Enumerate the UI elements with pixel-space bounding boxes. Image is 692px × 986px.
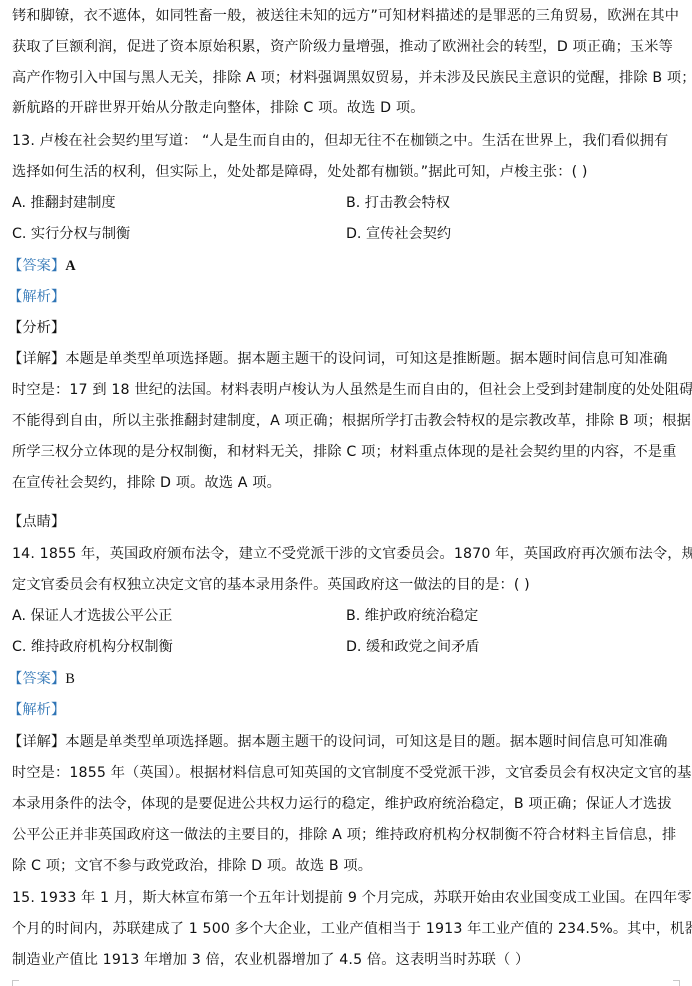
q14-detail-line-3: 本录用条件的法令，体现的是要促进公共权力运行的稳定，维护政府统治稳定，B 项正确… [12,794,672,814]
q14-option-a: A. 保证人才选拔公平公正 [12,606,172,626]
q13-detail-line-5: 在宣传社会契约，排除 D 项。故选 A 项。 [12,473,281,493]
q14-detail-line-1: 【详解】本题是单类型单项选择题。据本题主题干的设问词，可知这是目的题。据本题时间… [8,732,668,752]
q13-option-b: B. 打击教会特权 [346,193,450,213]
q13-detail-line-4: 所学三权分立体现的是分权制衡，和材料无关，排除 C 项；材料重点体现的是社会契约… [12,442,677,462]
q13-answer-label: 【答案】 [8,258,65,274]
q13-detail-line-3: 不能得到自由，所以主张推翻封建制度，A 项正确；根据所学打击教会特权的是宗教改革… [12,411,691,431]
q15-stem-line-3: 制造业产值比 1913 年增加 3 倍，农业机器增加了 4.5 倍。这表明当时苏… [12,950,529,970]
q14-detail-line-4: 公平公正并非英国政府这一做法的主要目的，排除 A 项；维持政府机构分权制衡不符合… [12,825,676,845]
q13-option-a: A. 推翻封建制度 [12,193,116,213]
continuation-line-3: 高产作物引入中国与黑人无关，排除 A 项；材料强调黑奴贸易，并未涉及民族民主意识… [12,68,692,88]
q14-analysis-label: 【解析】 [8,700,65,720]
q14-detail-line-2: 时空是：1855 年（英国）。根据材料信息可知英国的文官制度不受党派干涉，文官委… [12,763,691,783]
q14-detail-line-5: 除 C 项；文官不参与政党政治，排除 D 项。故选 B 项。 [12,856,372,876]
q13-answer-row: 【答案】A [8,256,76,276]
q14-detail-text-1: 本题是单类型单项选择题。据本题主题干的设问词，可知这是目的题。据本题时间信息可知… [65,734,667,750]
continuation-line-1: 铐和脚镣，衣不遮体，如同牲畜一般，被送往未知的远方”可知材料描述的是罪恶的三角贸… [12,6,679,26]
q13-option-d: D. 宣传社会契约 [346,224,451,244]
q13-answer-value: A [65,258,75,274]
q13-dianjing-label: 【点睛】 [8,512,65,532]
q13-detail-text-1: 本题是单类型单项选择题。据本题主题干的设问词，可知这是推断题。据本题时间信息可知… [65,351,667,367]
page-corner-marker-right [673,980,680,986]
q14-answer-label: 【答案】 [8,671,65,687]
q14-stem-line-2: 定文官委员会有权独立决定文官的基本录用条件。英国政府这一做法的目的是：( ) [12,575,530,595]
q14-option-b: B. 维护政府统治稳定 [346,606,478,626]
q14-detail-label: 【详解】 [8,734,65,750]
continuation-line-2: 获取了巨额利润，促进了资本原始积累，资产阶级力量增强，推动了欧洲社会的转型，D … [12,37,673,57]
q14-option-d: D. 缓和政党之间矛盾 [346,637,479,657]
page-corner-marker-left [12,980,19,986]
q13-fenxi-label: 【分析】 [8,318,65,338]
q14-answer-value: B [65,671,75,687]
q14-stem-line-1: 14. 1855 年，英国政府颁布法令，建立不受党派干涉的文官委员会。1870 … [12,544,692,564]
q13-detail-line-1: 【详解】本题是单类型单项选择题。据本题主题干的设问词，可知这是推断题。据本题时间… [8,349,668,369]
q13-analysis-label: 【解析】 [8,287,65,307]
q14-answer-row: 【答案】B [8,669,75,689]
q13-stem-line-1: 13. 卢梭在社会契约里写道： “人是生而自由的，但却无往不在枷锁之中。生活在世… [12,131,668,151]
q15-stem-line-2: 个月的时间内，苏联建成了 1 500 多个大企业，工业产值相当于 1913 年工… [12,919,692,939]
q13-stem-line-2: 选择如何生活的权利，但实际上，处处都是障碍，处处都有枷锁。”据此可知，卢梭主张：… [12,162,588,182]
q14-option-c: C. 维持政府机构分权制衡 [12,637,173,657]
continuation-line-4: 新航路的开辟世界开始从分散走向整体，排除 C 项。故选 D 项。 [12,98,425,118]
q13-option-c: C. 实行分权与制衡 [12,224,130,244]
q13-detail-line-2: 时空是：17 到 18 世纪的法国。材料表明卢梭认为人虽然是生而自由的，但社会上… [12,380,692,400]
q13-detail-label: 【详解】 [8,351,65,367]
q15-stem-line-1: 15. 1933 年 1 月，斯大林宣布第一个五年计划提前 9 个月完成，苏联开… [12,888,692,908]
